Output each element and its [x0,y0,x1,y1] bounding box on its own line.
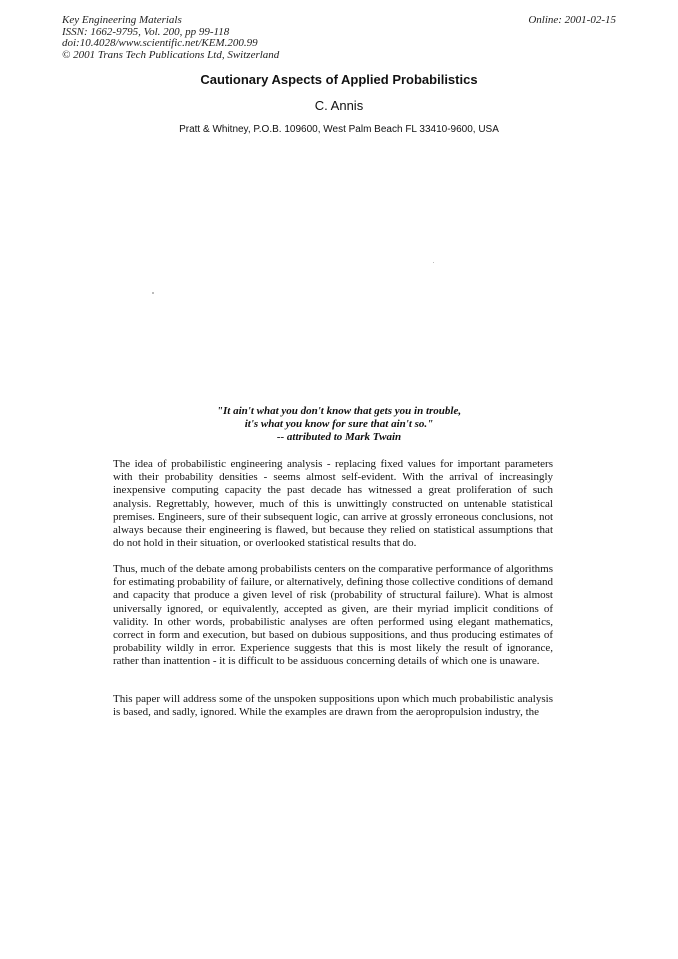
epigraph-attribution: -- attributed to Mark Twain [0,431,678,444]
paper-title: Cautionary Aspects of Applied Probabilis… [0,72,678,87]
author-affiliation: Pratt & Whitney, P.O.B. 109600, West Pal… [0,124,678,135]
journal-name: Key Engineering Materials [62,15,279,27]
journal-citation-block: Key Engineering Materials ISSN: 1662-979… [62,15,279,61]
online-date: Online: 2001-02-15 [528,15,616,27]
paper-author: C. Annis [0,98,678,113]
epigraph-line: "It ain't what you don't know that gets … [0,405,678,418]
journal-doi: doi:10.4028/www.scientific.net/KEM.200.9… [62,38,279,50]
scan-speck [152,292,154,294]
epigraph-line: it's what you know for sure that ain't s… [0,418,678,431]
body-paragraph: This paper will address some of the unsp… [113,693,553,719]
body-paragraph: The idea of probabilistic engineering an… [113,458,553,550]
scan-speck [433,262,434,263]
body-paragraph: Thus, much of the debate among probabili… [113,563,553,669]
journal-copyright: © 2001 Trans Tech Publications Ltd, Swit… [62,50,279,62]
epigraph-quote: "It ain't what you don't know that gets … [0,405,678,444]
